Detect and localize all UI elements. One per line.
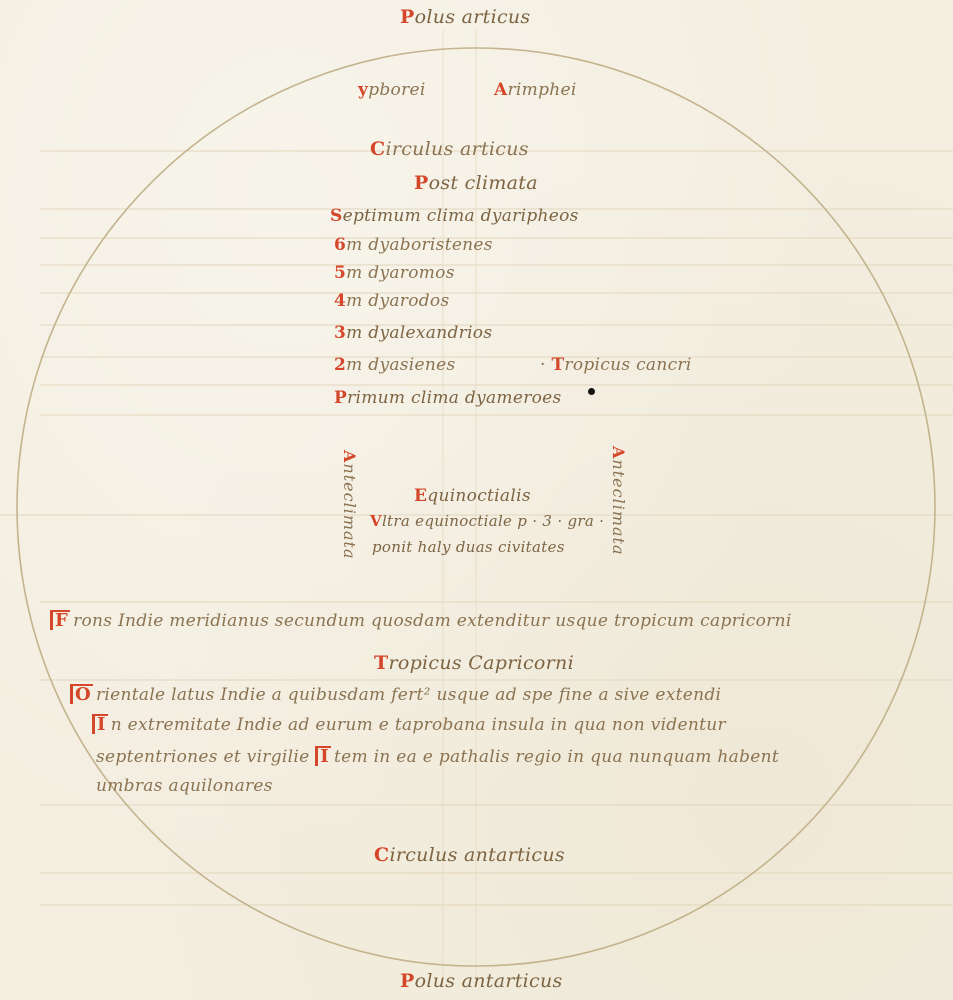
label-text: m dyasienes [346, 355, 455, 375]
ink-dot [588, 388, 595, 395]
label-anteclimata-right: Anteclimata [609, 446, 628, 556]
red-initial: 6 [334, 235, 346, 255]
label-equinoctialis: Equinoctialis [414, 488, 531, 505]
label-tropicus-cancri: · Tropicus cancri [540, 357, 692, 374]
red-initial: P [400, 970, 415, 992]
label-text: olus antarticus [415, 970, 563, 992]
label-text: tem in ea e pathalis regio in qua nunqua… [334, 747, 779, 767]
rubric-septentriones: septentriones et virgilie Item in ea e p… [96, 746, 779, 766]
clima-7: Septimum clima dyaripheos [330, 208, 579, 225]
paragraph-mark-initial: I [92, 714, 108, 734]
label-text: nteclimata [340, 463, 359, 559]
label-anteclimata-left: Anteclimata [340, 450, 359, 560]
paragraph-mark-initial: O [70, 684, 93, 704]
clima-1: Primum clima dyameroes [334, 390, 562, 407]
label-text: rons Indie meridianus secundum quosdam e… [73, 611, 791, 631]
red-initial: T [374, 652, 388, 674]
label-ponit-haly: ponit haly duas civitates [372, 540, 565, 555]
red-initial: A [494, 80, 508, 100]
red-initial: 5 [334, 263, 346, 283]
label-text: eptimum clima dyaripheos [343, 206, 579, 226]
label-circulus-antarticus: Circulus antarticus [374, 846, 565, 865]
label-hyperborei: ypborei [358, 82, 426, 99]
label-text: ltra equinoctiale p · 3 · gra · [382, 512, 604, 530]
red-initial: P [334, 388, 347, 408]
separator-dot: · [540, 355, 546, 375]
label-ultra-equinoctiale: Vltra equinoctiale p · 3 · gra · [370, 514, 604, 529]
label-text: ropicus Capricorni [388, 652, 574, 674]
label-text: irculus articus [385, 138, 528, 160]
red-initial: A [340, 450, 359, 463]
label-post-climata: Post climata [414, 174, 538, 193]
rubric-in-extremitate: In extremitate Indie ad eurum e taproban… [92, 714, 726, 734]
label-polus-antarticus: Polus antarticus [400, 972, 563, 991]
label-text: m dyalexandrios [346, 323, 492, 343]
rubric-frons-indie: Frons Indie meridianus secundum quosdam … [50, 610, 792, 630]
label-text: n extremitate Indie ad eurum e taprobana… [111, 715, 726, 735]
label-circulus-articus: Circulus articus [370, 140, 529, 159]
red-initial: T [551, 355, 564, 375]
label-text: olus articus [415, 6, 531, 28]
label-text: rientale latus Indie a quibusdam fert² u… [96, 685, 721, 705]
label-tropicus-capricorni: Tropicus Capricorni [374, 654, 574, 673]
label-polus-articus: Polus articus [400, 8, 531, 27]
paragraph-mark-initial: I [315, 746, 331, 766]
clima-2: 2m dyasienes [334, 357, 456, 374]
red-initial: P [414, 172, 429, 194]
clima-6: 6m dyaboristenes [334, 237, 493, 254]
label-arimphei: Arimphei [494, 82, 577, 99]
red-initial: 3 [334, 323, 346, 343]
red-initial: 4 [334, 291, 346, 311]
clima-4: 4m dyarodos [334, 293, 450, 310]
label-text: ost climata [429, 172, 538, 194]
red-initial: C [370, 138, 385, 160]
label-text: rimum clima dyameroes [347, 388, 561, 408]
red-initial: 2 [334, 355, 346, 375]
label-text: septentriones et virgilie [96, 747, 310, 767]
rubric-umbras-aquilonares: umbras aquilonares [96, 778, 273, 795]
clima-3: 3m dyalexandrios [334, 325, 492, 342]
red-initial: V [370, 512, 382, 530]
label-text: irculus antarticus [389, 844, 565, 866]
red-initial: E [414, 486, 427, 506]
label-text: m dyarodos [346, 291, 449, 311]
label-text: m dyaboristenes [346, 235, 493, 255]
manuscript-folio: Polus articus ypborei Arimphei Circulus … [0, 0, 953, 1000]
label-text: quinoctialis [427, 486, 531, 506]
red-initial: A [609, 446, 628, 459]
red-initial: C [374, 844, 389, 866]
red-initial: y [358, 80, 368, 100]
rubric-orientale-latus: Orientale latus Indie a quibusdam fert² … [70, 684, 721, 704]
label-text: m dyaromos [346, 263, 455, 283]
red-initial: P [400, 6, 415, 28]
paragraph-mark-initial: F [50, 610, 70, 630]
label-text: pborei [368, 80, 425, 100]
clima-5: 5m dyaromos [334, 265, 455, 282]
label-text: rimphei [508, 80, 577, 100]
label-text: nteclimata [609, 459, 628, 555]
red-initial: S [330, 206, 343, 226]
label-text: ropicus cancri [564, 355, 691, 375]
